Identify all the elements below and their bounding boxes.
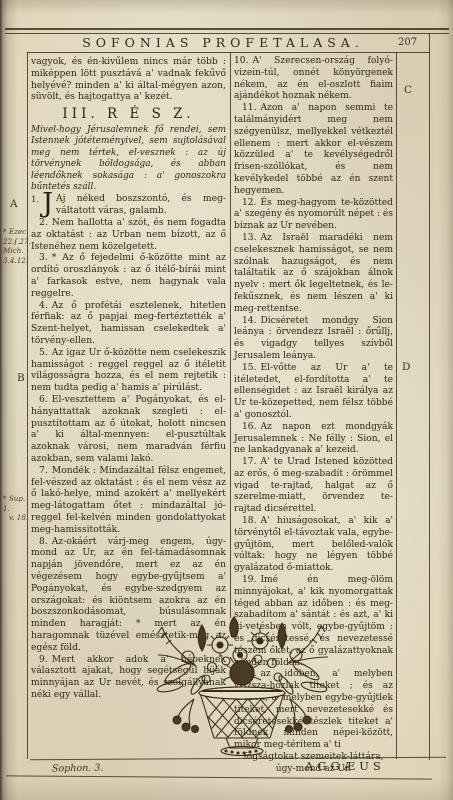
signature-mark: Sophon. 3. — [52, 763, 104, 775]
verse-1: 1. J Aj néked boszszontó, és meg-váltato… — [31, 193, 226, 217]
verse-2: 2.Nem hallotta a' szót, és nem fogadta a… — [31, 217, 226, 252]
verse-13: 13.Az Israël maradéki nem cselekesznek h… — [234, 233, 393, 316]
verse-number: 10. — [234, 56, 248, 66]
verse-16: 16.Az napon ezt mondgyák Jerusalemnek : … — [234, 422, 393, 457]
verse-text: A' Szerecsen-ország folyó-vizein-túl, on… — [234, 56, 393, 101]
header-rule — [27, 52, 430, 53]
verse-number: 16. — [242, 422, 256, 432]
verse-10: 10.A' Szerecsen-ország folyó-vizein-túl,… — [234, 56, 393, 103]
margin-section-letter-b: B — [17, 372, 25, 384]
verse-17: 17.A' te Urad Istened közötted az erős, … — [234, 457, 393, 516]
section-heading: III. R É S Z. — [31, 109, 226, 121]
margin-note-line: * Ezec. — [3, 227, 29, 237]
verse-number: 4. — [39, 300, 48, 311]
margin-section-letter-c: C — [404, 84, 412, 96]
verse-number: 3. — [39, 252, 48, 263]
verse-number: 18. — [242, 516, 256, 526]
verse-text: Azon a' napon semmi te találmányidért me… — [234, 103, 393, 196]
chapter-argument: Mivel-hogy Jérusalemnek fő rendei, sem I… — [31, 125, 226, 193]
verse-number: 9. — [39, 654, 48, 665]
verse-5: 5.Az igaz Ur ő-közötte nem cselekeszik h… — [31, 347, 226, 394]
verse-text: A' hiuságosokat, a' kik a' törvénytől el… — [234, 516, 393, 573]
verse-number: 11. — [242, 103, 256, 113]
margin-note-line: * Sup. 1. — [3, 494, 29, 513]
margin-note-line: Mich. — [3, 246, 29, 256]
verse-14: 14.Dicséretet mondgy Sion leánya : örven… — [234, 316, 393, 363]
top-rule-outer — [5, 28, 449, 30]
verse-text: És meg-hagyom te-közötted a' szegény és … — [234, 198, 393, 232]
verse-number: 13. — [242, 233, 256, 243]
flower-basket-woodcut-icon — [136, 611, 348, 759]
column-divider-rule — [230, 52, 231, 618]
margin-note-line: 22.ſ.27. — [3, 237, 29, 247]
margin-note-supra: * Sup. 1. v. 18. — [3, 494, 29, 523]
verse-text: Az ő profétái esztelenek, hitetlen férfi… — [31, 300, 226, 346]
verse-7: 7.Mondék : Mindazáltal félsz engemet, fe… — [31, 465, 226, 536]
verse-18: 18.A' hiuságosokat, a' kik a' törvénytől… — [234, 516, 393, 575]
margin-note-ezechiel: * Ezec. 22.ſ.27. Mich. 3.4.12. — [3, 227, 29, 265]
verse-text: El-vesztettem a' Pogányokat, és el-hánya… — [31, 394, 226, 464]
catchword: AGGÆUS — [305, 759, 385, 773]
margin-section-letter-a: A — [10, 198, 18, 210]
page-number: 207 — [398, 37, 417, 48]
verse-text: Mondék : Mindazáltal félsz engemet, fel-… — [31, 465, 226, 535]
book-page: SOFONIAS PROFETALASA. 207 vagyok, és én-… — [0, 0, 453, 800]
verse-4: 4.Az ő profétái esztelenek, hitetlen fér… — [31, 300, 226, 347]
verse-text: Nem hallotta a' szót, és nem fogadta az … — [31, 217, 226, 252]
running-head-title: SOFONIAS PROFETALASA. — [48, 35, 398, 50]
verse-number: 6. — [39, 394, 48, 405]
verse-text: Aj néked boszszontó, és meg-váltatott vá… — [56, 193, 226, 216]
verse-15: 15.El-vőtte az Ur a' te itéletedet, el-f… — [234, 363, 393, 422]
verse-6: 6.El-vesztettem a' Pogányokat, és el-hán… — [31, 394, 226, 465]
verse-number: 7. — [39, 465, 48, 476]
verse-number: 8. — [39, 536, 48, 547]
bottom-rule-outer — [6, 775, 432, 779]
verse-number: 19. — [242, 575, 256, 585]
verse-number: 15. — [242, 363, 256, 373]
verse-text: Az Israël maradéki nem cselekesznek hami… — [234, 233, 393, 314]
margin-note-line: 3.4.12. — [3, 256, 29, 266]
verse-text: * Az ő fejedelmi ő-közötte mint az ordít… — [31, 252, 226, 298]
verse-number: 1. — [31, 195, 39, 207]
left-inner-rule — [27, 52, 28, 759]
verse-text: El-vőtte az Ur a' te itéletedet, el-ford… — [234, 363, 393, 420]
drop-cap-initial: J — [42, 193, 53, 214]
right-outer-rule — [429, 33, 430, 760]
verse-text: Az igaz Ur ő-közötte nem cselekeszik ham… — [31, 347, 226, 393]
continuation-paragraph: vagyok, és én-kivűlem nincs már több : m… — [31, 56, 226, 103]
left-column: vagyok, és én-kivűlem nincs már több : m… — [31, 56, 226, 701]
verse-number: 17. — [242, 457, 256, 467]
margin-note-line: v. 18. — [3, 513, 29, 523]
verse-text: Az napon ezt mondgyák Jerusalemnek : Ne … — [234, 422, 393, 456]
verse-12: 12.És meg-hagyom te-közötted a' szegény … — [234, 198, 393, 233]
verse-number: 14. — [242, 316, 256, 326]
top-rule-inner — [5, 33, 449, 34]
verse-text: Dicséretet mondgy Sion leánya : örvendez… — [234, 316, 393, 361]
verse-text: A' te Urad Istened közötted az erős, ő m… — [234, 457, 393, 514]
verse-number: 12. — [242, 198, 256, 208]
margin-section-letter-d: D — [402, 361, 410, 373]
verse-3: 3.* Az ő fejedelmi ő-közötte mint az ord… — [31, 252, 226, 299]
verse-number: 5. — [39, 347, 48, 358]
verse-number: 2. — [39, 217, 48, 228]
verse-11: 11.Azon a' napon semmi te találmányidért… — [234, 103, 393, 197]
right-inner-rule — [396, 52, 397, 759]
